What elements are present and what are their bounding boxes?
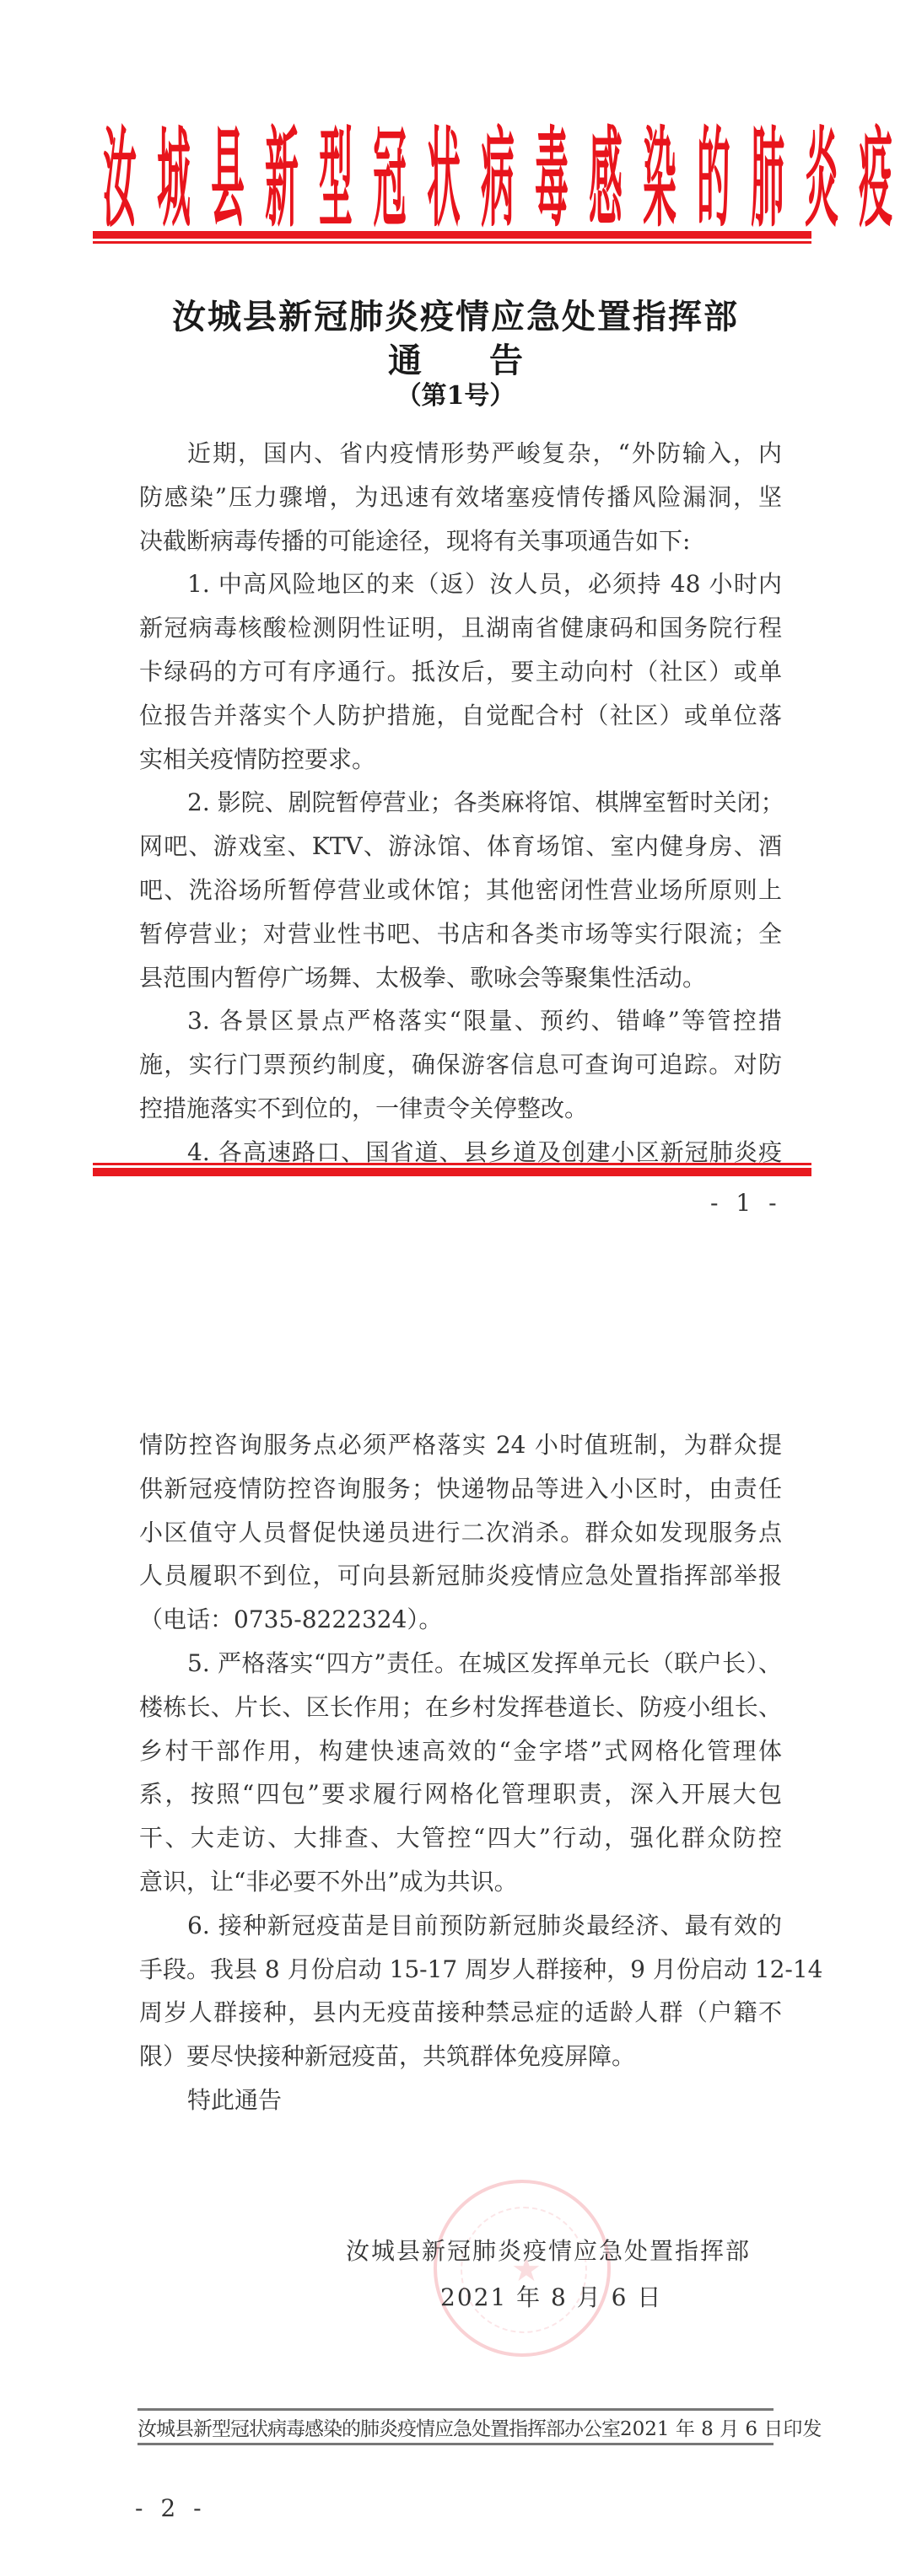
notice-number: （第1号） [0, 374, 911, 411]
letterhead-char: 感 [589, 126, 623, 234]
page2-body: 情防控咨询服务点必须严格落实 24 小时值班制，为群众提供新冠疫情防控咨询服务；… [139, 1423, 782, 2122]
body-text-line: 施，实行门票预约制度，确保游客信息可查询可追踪。对防 [139, 1043, 782, 1087]
official-seal-stamp: ★ [434, 2180, 611, 2357]
letterhead-char: 城 [157, 126, 191, 234]
body-text-line: 人员履职不到位，可向县新冠肺炎疫情应急处置指挥部举报 [139, 1554, 782, 1598]
signature-date: 2021 年 8 月 6 日 [440, 2279, 662, 2313]
body-text-line: 6. 接种新冠疫苗是目前预防新冠肺炎最经济、最有效的 [139, 1904, 782, 1948]
letterhead-char: 型 [319, 126, 353, 234]
letterhead-char: 毒 [535, 126, 569, 234]
body-text-line: 乡村干部作用，构建快速高效的“金字塔”式网格化管理体 [139, 1729, 782, 1773]
body-text-line: 情防控咨询服务点必须严格落实 24 小时值班制，为群众提 [139, 1423, 782, 1467]
footer-bottom-rule [137, 2443, 774, 2445]
letterhead-char: 新 [265, 126, 299, 234]
page1-body: 近期，国内、省内疫情形势严峻复杂，“外防输入，内防感染”压力骤增，为迅速有效堵塞… [139, 432, 782, 1175]
notice-issuer-title: 汝城县新冠肺炎疫情应急处置指挥部 [0, 290, 911, 338]
letterhead-char: 疫 [859, 126, 892, 234]
body-text-line: 吧、洗浴场所暂停营业或休馆；其他密闭性营业场所原则上 [139, 869, 782, 912]
body-text-line: 系，按照“四包”要求履行网格化管理职责，深入开展大包 [139, 1772, 782, 1816]
body-text-line: 实相关疫情防控要求。 [139, 738, 782, 782]
letterhead-char: 冠 [373, 126, 407, 234]
body-text-line: 网吧、游戏室、KTV、游泳馆、体育场馆、室内健身房、酒 [139, 825, 782, 869]
body-text-line: 1. 中高风险地区的来（返）汝人员，必须持 48 小时内 [139, 562, 782, 606]
letterhead-char: 肺 [751, 126, 784, 234]
page1-bottom-thick-rule [93, 1168, 811, 1176]
footer-print-info: 汝城县新型冠状病毒感染的肺炎疫情应急处置指挥部办公室 2021 年 8 月 6 … [137, 2413, 774, 2441]
body-text-line: 防感染”压力骤增，为迅速有效堵塞疫情传播风险漏洞，坚 [139, 476, 782, 519]
page-number-1: - 1 - [710, 1189, 782, 1217]
letterhead-char: 县 [211, 126, 245, 234]
letterhead-char: 状 [427, 126, 461, 234]
body-text-line: 决截断病毒传播的可能途径，现将有关事项通告如下: [139, 519, 782, 563]
body-text-line: 2. 影院、剧院暂停营业；各类麻将馆、棋牌室暂时关闭； [139, 781, 782, 825]
letterhead-char: 染 [643, 126, 677, 234]
body-text-line: （电话：0735-8222324）。 [139, 1598, 782, 1642]
body-text-line: 控措施落实不到位的，一律责令关停整改。 [139, 1087, 782, 1131]
body-text-line: 限）要尽快接种新冠疫苗，共筑群体免疫屏障。 [139, 2035, 782, 2079]
signature-issuer: 汝城县新冠肺炎疫情应急处置指挥部 [346, 2233, 751, 2267]
body-text-line: 周岁人群接种，县内无疫苗接种禁忌症的适龄人群（户籍不 [139, 1991, 782, 2035]
letterhead-thick-rule [93, 231, 811, 239]
body-text-line: 小区值守人员督促快递员进行二次消杀。群众如发现服务点 [139, 1511, 782, 1555]
letterhead-thin-rule [93, 241, 811, 244]
page1-bottom-thin-rule [93, 1163, 811, 1165]
body-text-line: 楼栋长、片长、区长作用；在乡村发挥巷道长、防疫小组长、 [139, 1686, 782, 1729]
body-text-line: 县范围内暂停广场舞、太极拳、歌咏会等聚集性活动。 [139, 956, 782, 1000]
footer-printed-date: 2021 年 8 月 6 日印发 [620, 2413, 822, 2441]
footer-top-rule [137, 2408, 774, 2411]
letterhead-title: 汝城县新型冠状病毒感染的肺炎疫情应急处置指挥部 [93, 116, 793, 234]
letterhead-char: 炎 [805, 126, 838, 234]
body-text-line: 新冠病毒核酸检测阴性证明，且湖南省健康码和国务院行程 [139, 606, 782, 650]
body-text-line: 位报告并落实个人防护措施，自觉配合村（社区）或单位落 [139, 694, 782, 738]
letterhead-char: 汝 [103, 126, 137, 234]
body-text-line: 近期，国内、省内疫情形势严峻复杂，“外防输入，内 [139, 432, 782, 476]
body-text-line: 供新冠疫情防控咨询服务；快递物品等进入小区时，由责任 [139, 1467, 782, 1511]
body-text-line: 意识，让“非必要不外出”成为共识。 [139, 1860, 782, 1904]
body-text-line: 特此通告 [139, 2079, 782, 2122]
body-text-line: 3. 各景区景点严格落实“限量、预约、错峰”等管控措 [139, 999, 782, 1043]
footer-office: 汝城县新型冠状病毒感染的肺炎疫情应急处置指挥部办公室 [137, 2413, 620, 2441]
body-text-line: 暂停营业；对营业性书吧、书店和各类市场等实行限流；全 [139, 912, 782, 956]
letterhead-char: 病 [481, 126, 515, 234]
body-text-line: 卡绿码的方可有序通行。抵汝后，要主动向村（社区）或单 [139, 650, 782, 694]
body-text-line: 干、大走访、大排查、大管控“四大”行动，强化群众防控 [139, 1816, 782, 1860]
page-number-2: - 2 - [135, 2494, 207, 2522]
letterhead-char: 的 [697, 126, 730, 234]
body-text-line: 5. 严格落实“四方”责任。在城区发挥单元长（联户长）、 [139, 1642, 782, 1686]
body-text-line: 手段。我县 8 月份启动 15-17 周岁人群接种，9 月份启动 12-14 [139, 1948, 782, 1992]
